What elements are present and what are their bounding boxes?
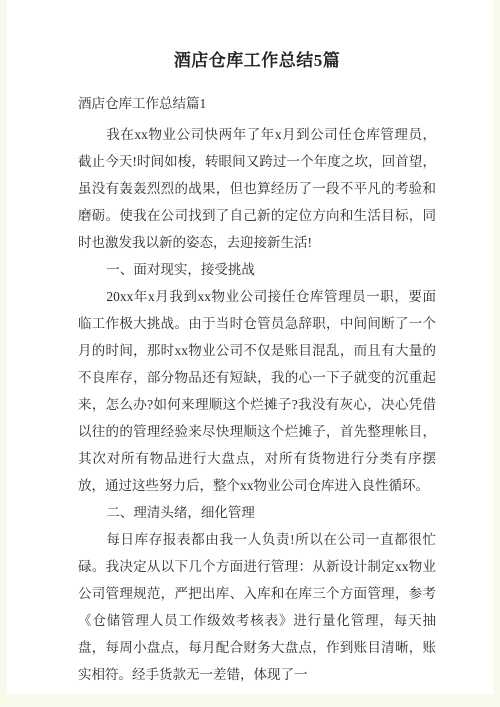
- document-heading: 酒店仓库工作总结篇1: [78, 90, 436, 117]
- document-body: 酒店仓库工作总结篇1我在xx物业公司快两年了年x月到公司任仓库管理员，截止今天!…: [78, 90, 436, 688]
- document-paragraph: 我在xx物业公司快两年了年x月到公司任仓库管理员，截止今天!时间如梭，转眼间又跨…: [78, 121, 436, 256]
- document-title: 酒店仓库工作总结5篇: [78, 50, 436, 72]
- document-paragraph: 二、理清头绪，细化管理: [78, 499, 436, 526]
- document-paragraph: 一、面对现实，接受挑战: [78, 256, 436, 283]
- document-paragraph: 每日库存报表都由我一人负责!所以在公司一直都很忙碌。我决定从以下几个方面进行管理…: [78, 526, 436, 688]
- document-paragraph: 20xx年x月我到xx物业公司接任仓库管理员一职，要面临工作极大挑战。由于当时仓…: [78, 283, 436, 499]
- document-page: 酒店仓库工作总结5篇 酒店仓库工作总结篇1我在xx物业公司快两年了年x月到公司任…: [7, 0, 493, 694]
